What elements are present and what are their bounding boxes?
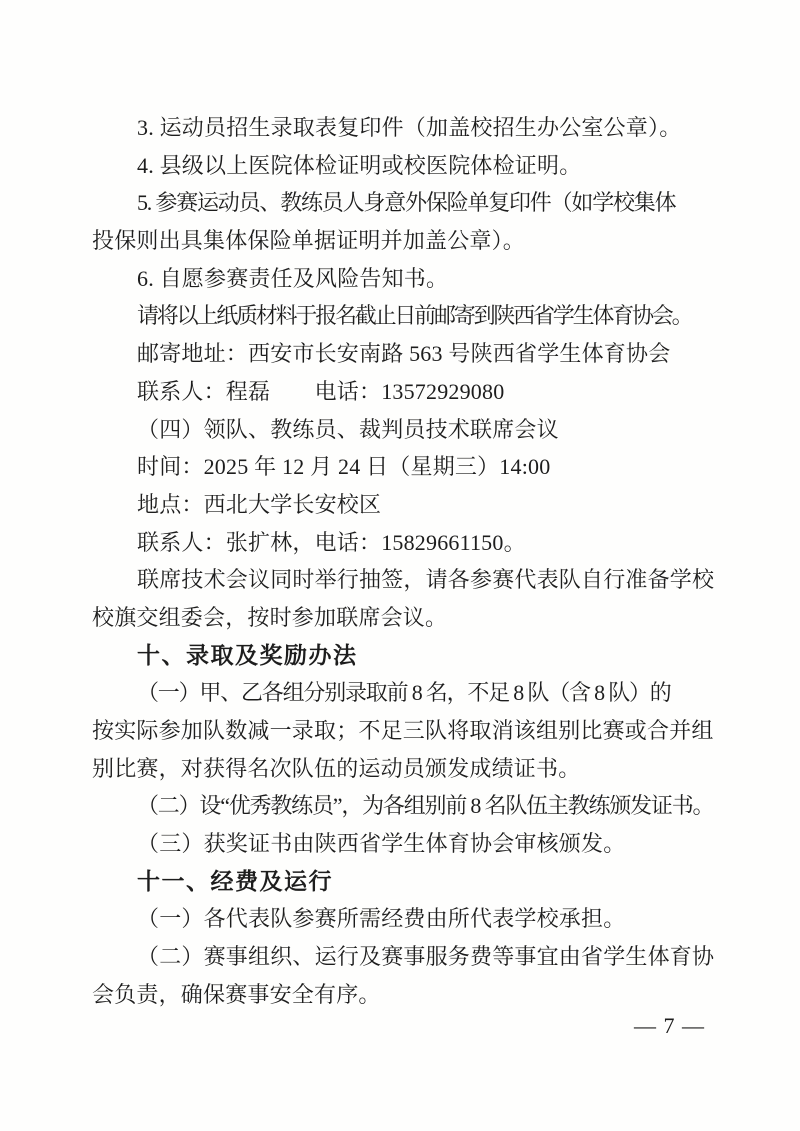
line-draw-lots-note: 联席技术会议同时举行抽签，请各参赛代表队自行准备学校 [92,561,714,599]
heading-section-10-awards: 十、录取及奖励办法 [92,637,714,675]
line-awards-rule-3-certificates: （三）获奖证书由陕西省学生体育协会审核颁发。 [92,825,714,863]
page-number: — 7 — [634,1011,705,1041]
line-awards-rule-2-coach: （二）设“优秀教练员”，为各组别前 8 名队伍主教练颁发证书。 [92,787,714,825]
line-meeting-place: 地点：西北大学长安校区 [92,486,714,524]
line-awards-rule-1: （一）甲、乙各组分别录取前 8 名，不足 8 队（含 8 队）的 [92,674,714,712]
line-item-6-risk-notice: 6. 自愿参赛责任及风险告知书。 [92,260,714,298]
line-subsection-4-joint-meeting: （四）领队、教练员、裁判员技术联席会议 [92,411,714,449]
line-mailing-note: 请将以上纸质材料于报名截止日前邮寄到陕西省学生体育协会。 [92,297,714,335]
line-meeting-time: 时间：2025 年 12 月 24 日（星期三）14:00 [92,448,714,486]
line-item-4-medical-cert: 4. 县级以上医院体检证明或校医院体检证明。 [92,147,714,185]
line-awards-rule-1-cont2: 别比赛，对获得名次队伍的运动员颁发成绩证书。 [92,750,714,788]
line-mailing-address: 邮寄地址：西安市长安南路 563 号陕西省学生体育协会 [92,335,714,373]
line-item-5-insurance: 5. 参赛运动员、教练员人身意外保险单复印件（如学校集体 [92,184,714,222]
heading-section-11-funding: 十一、经费及运行 [92,863,714,901]
line-contact-cheng-lei-phone: 联系人：程磊 电话：13572929080 [92,373,714,411]
line-awards-rule-1-cont1: 按实际参加队数减一录取；不足三队将取消该组别比赛或合并组 [92,712,714,750]
line-contact-zhang-kuolin-phone: 联系人：张扩林，电话：15829661150。 [92,524,714,562]
line-item-5-insurance-cont: 投保则出具集体保险单据证明并加盖公章）。 [92,222,714,260]
document-page: 3. 运动员招生录取表复印件（加盖校招生办公室公章）。 4. 县级以上医院体检证… [0,0,800,1131]
line-funding-rule-1: （一）各代表队参赛所需经费由所代表学校承担。 [92,900,714,938]
line-funding-rule-2: （二）赛事组织、运行及赛事服务费等事宜由省学生体育协 [92,938,714,976]
document-text-block: 3. 运动员招生录取表复印件（加盖校招生办公室公章）。 4. 县级以上医院体检证… [92,109,714,1014]
line-item-3-admission-copy: 3. 运动员招生录取表复印件（加盖校招生办公室公章）。 [92,109,714,147]
line-draw-lots-note-cont: 校旗交组委会，按时参加联席会议。 [92,599,714,637]
line-funding-rule-2-cont: 会负责，确保赛事安全有序。 [92,976,714,1014]
